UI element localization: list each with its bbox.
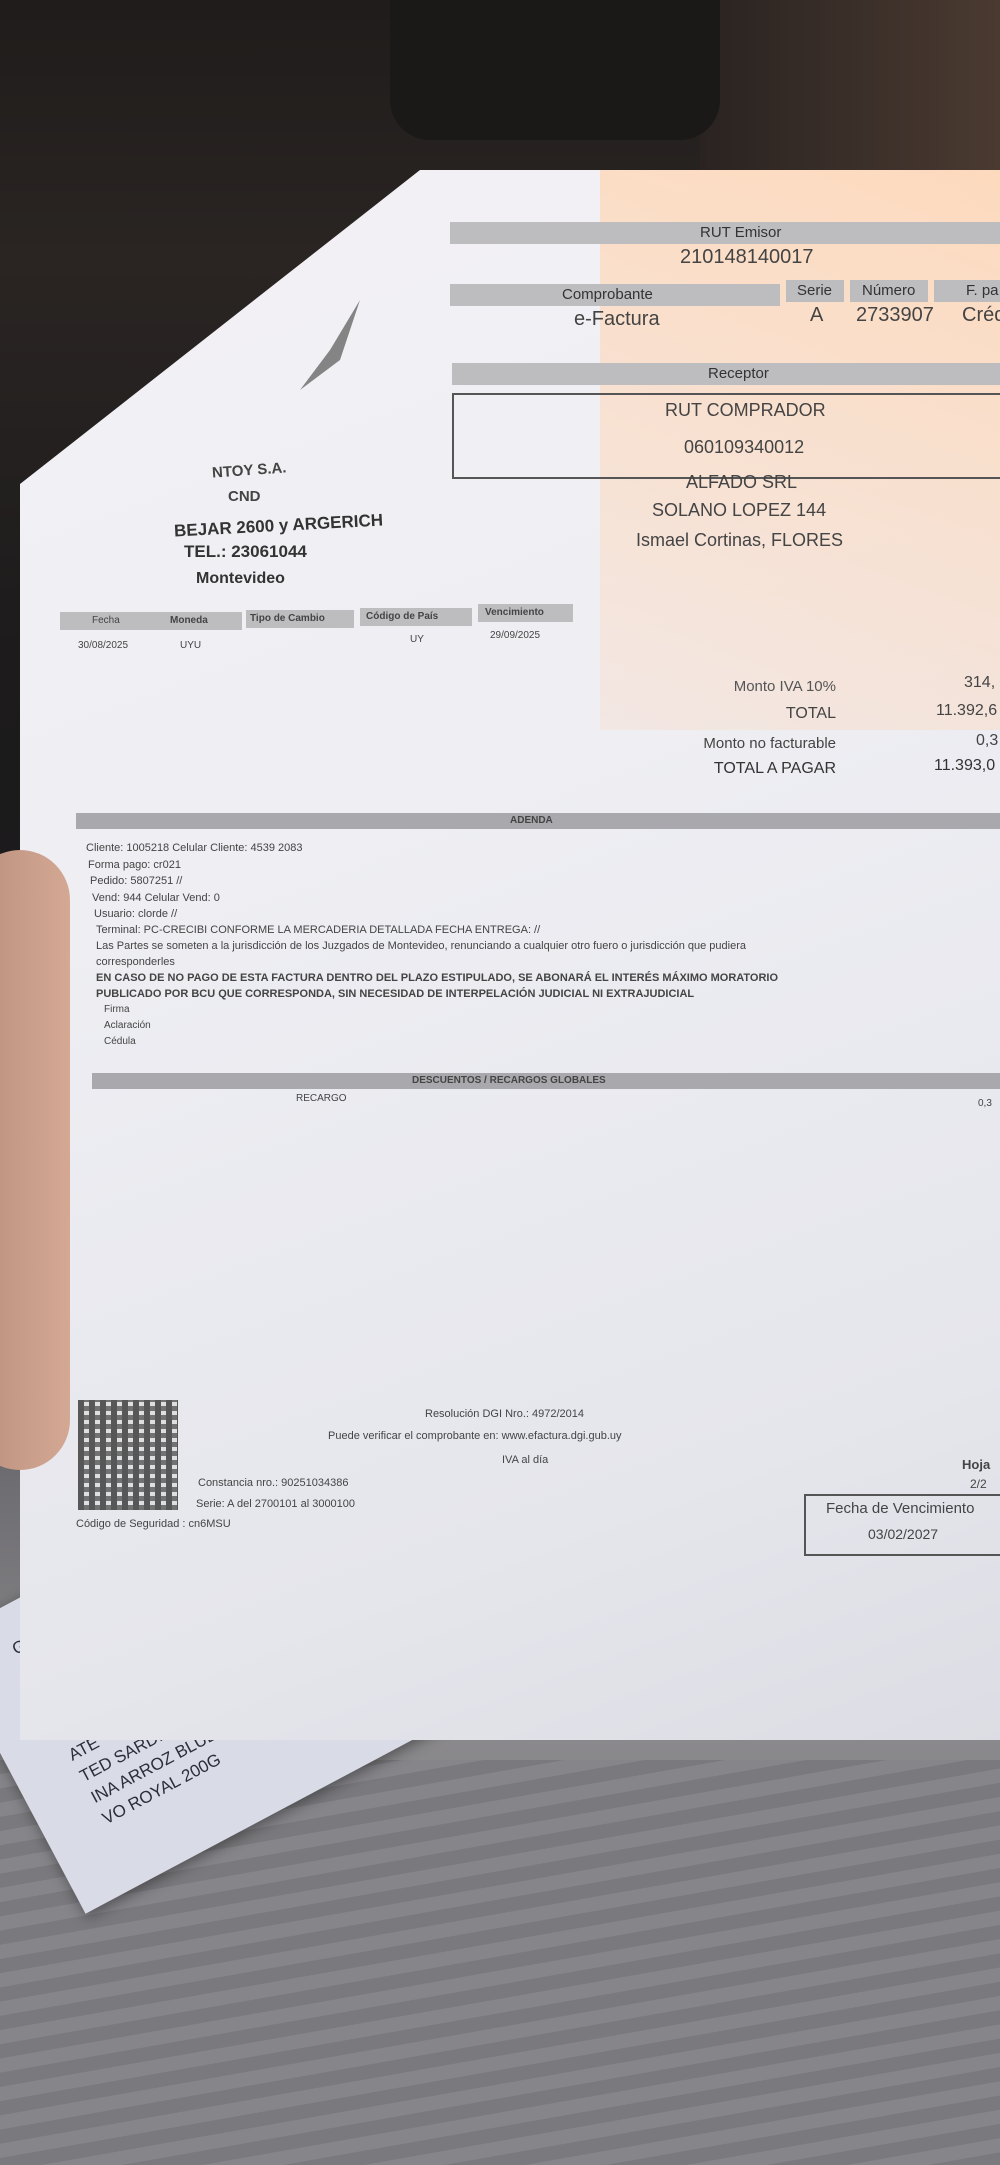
receptor-name: ALFADO SRL (686, 472, 797, 493)
emisor-name: NTOY S.A. (211, 459, 286, 481)
adenda-line: Cédula (104, 1036, 136, 1047)
total-value: 11.392,6 (936, 702, 997, 720)
vencimiento-value: 03/02/2027 (868, 1526, 938, 1542)
rut-emisor-label: RUT Emisor (700, 224, 781, 241)
comprobante-label: Comprobante (562, 286, 653, 303)
adenda-line: PUBLICADO POR BCU QUE CORRESPONDA, SIN N… (96, 988, 694, 1000)
total-value: 0,3 (976, 732, 998, 750)
adenda-line: EN CASO DE NO PAGO DE ESTA FACTURA DENTR… (96, 972, 778, 984)
recargo-value: 0,3 (978, 1098, 992, 1109)
info-header: Fecha (92, 615, 120, 626)
emisor-phone: TEL.: 23061044 (184, 542, 307, 562)
info-header: Vencimiento (485, 607, 544, 618)
total-label: Monto IVA 10% (734, 678, 836, 695)
resolucion-dgi: Resolución DGI Nro.: 4972/2014 (425, 1408, 584, 1420)
descuentos-title: DESCUENTOS / RECARGOS GLOBALES (412, 1075, 606, 1086)
numero-label: Número (862, 282, 915, 299)
total-label: Monto no facturable (703, 735, 836, 752)
info-value: 29/09/2025 (490, 630, 540, 641)
qr-code-icon (78, 1400, 178, 1510)
rut-emisor-value: 210148140017 (680, 246, 813, 269)
total-value: 11.393,0 (934, 757, 995, 775)
numero-value: 2733907 (856, 304, 934, 327)
info-header: Código de País (366, 611, 438, 622)
receptor-label: Receptor (708, 365, 769, 382)
adenda-line: Terminal: PC-CRECIBI CONFORME LA MERCADE… (96, 924, 540, 936)
codigo-seguridad: Código de Seguridad : cn6MSU (76, 1518, 231, 1530)
receptor-address: SOLANO LOPEZ 144 (652, 500, 826, 521)
serie-label: Serie (797, 282, 832, 299)
emisor-sub: CND (228, 488, 261, 505)
hoja-value: 2/2 (970, 1477, 987, 1491)
forma-pago-value: Créd (962, 304, 1000, 327)
receptor-location: Ismael Cortinas, FLORES (636, 530, 843, 551)
adenda-title: ADENDA (510, 815, 553, 826)
serie-rango: Serie: A del 2700101 al 3000100 (196, 1498, 355, 1510)
total-label: TOTAL A PAGAR (714, 760, 836, 778)
vencimiento-label: Fecha de Vencimiento (826, 1500, 974, 1517)
company-logo-icon (280, 290, 390, 400)
comprobante-value: e-Factura (574, 308, 660, 331)
info-header: Moneda (170, 615, 208, 626)
emisor-address: BEJAR 2600 y ARGERICH (174, 511, 384, 542)
adenda-line: Pedido: 5807251 // (90, 875, 182, 887)
info-header: Tipo de Cambio (250, 613, 325, 624)
emisor-city: Montevideo (196, 570, 285, 588)
adenda-line: Firma (104, 1004, 130, 1015)
recargo-label: RECARGO (296, 1093, 347, 1104)
adenda-line: Usuario: clorde // (94, 908, 177, 920)
total-value: 314, (964, 674, 995, 692)
adenda-line: corresponderles (96, 956, 175, 968)
rut-comprador-label: RUT COMPRADOR (665, 400, 826, 421)
info-value: UYU (180, 640, 201, 651)
forma-pago-label: F. pa (966, 282, 999, 299)
iva-al-dia: IVA al día (502, 1454, 548, 1466)
total-label: TOTAL (786, 705, 836, 723)
info-value: 30/08/2025 (78, 640, 128, 651)
adenda-line: Aclaración (104, 1020, 151, 1031)
adenda-line: Forma pago: cr021 (88, 859, 181, 871)
hoja-label: Hoja (962, 1457, 990, 1472)
serie-value: A (810, 304, 823, 327)
adenda-line: Cliente: 1005218 Celular Cliente: 4539 2… (86, 842, 303, 854)
adenda-line: Las Partes se someten a la jurisdicción … (96, 940, 746, 952)
invoice-document: RUT Emisor 210148140017 Comprobante Seri… (0, 0, 1000, 2165)
rut-comprador-value: 060109340012 (684, 437, 804, 458)
constancia: Constancia nro.: 90251034386 (198, 1477, 348, 1489)
adenda-line: Vend: 944 Celular Vend: 0 (92, 892, 220, 904)
verificar-link[interactable]: Puede verificar el comprobante en: www.e… (328, 1430, 622, 1442)
info-value: UY (410, 634, 424, 645)
